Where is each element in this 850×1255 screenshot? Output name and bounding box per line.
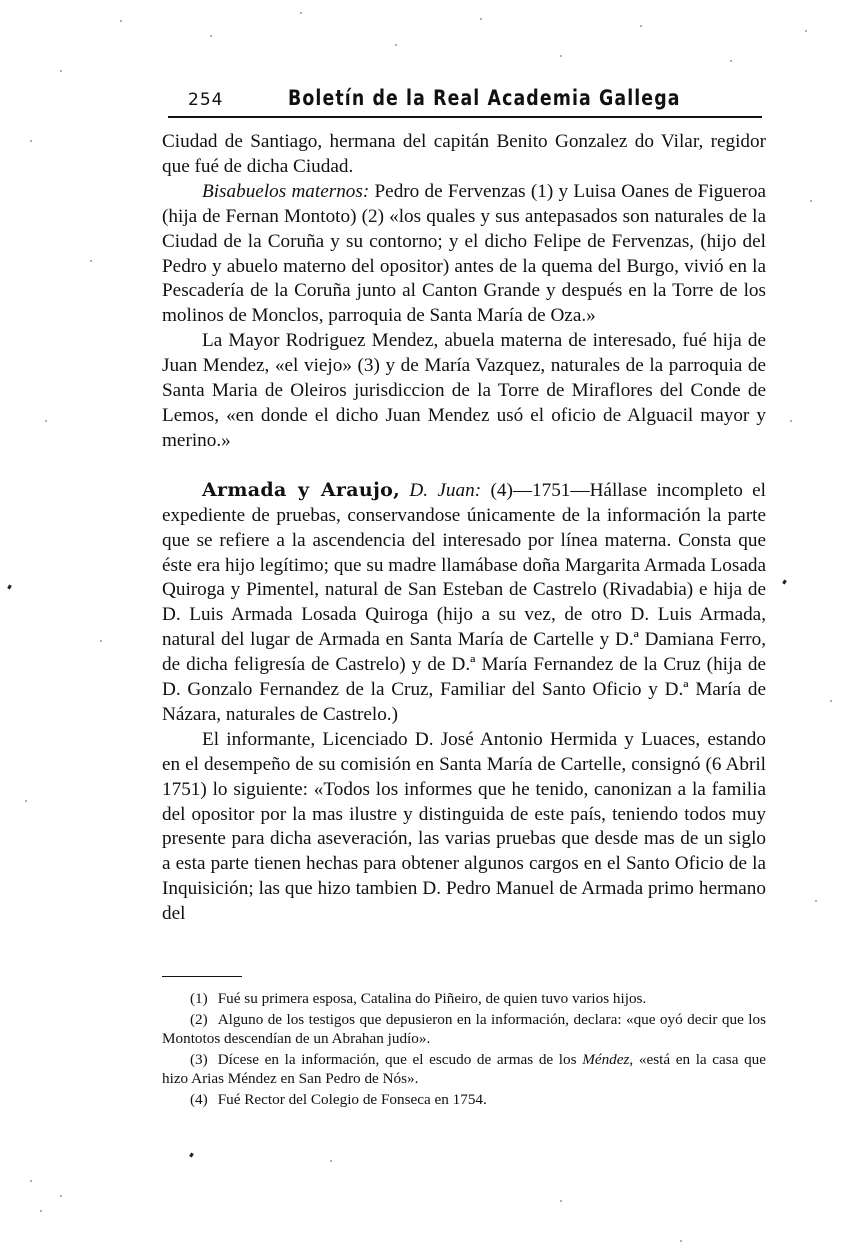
paragraph-text: El informante, Licenciado D. José Antoni… — [162, 729, 766, 924]
speckle — [25, 800, 27, 802]
paragraph: Bisabuelos maternos: Pedro de Fervenzas … — [162, 180, 766, 329]
footnote-italic: Méndez — [582, 1051, 629, 1068]
speckle — [210, 35, 212, 37]
footnote-number: (3) — [190, 1051, 208, 1068]
speckle — [60, 1195, 62, 1197]
running-header: 254 Boletín de la Real Academia Gallega — [168, 84, 762, 118]
body-text: Ciudad de Santiago, hermana del capitán … — [162, 130, 766, 927]
footnote-number: (2) — [190, 1011, 208, 1028]
footnote-text: Fué Rector del Colegio de Fonseca en 175… — [218, 1091, 487, 1108]
speckle — [60, 70, 62, 72]
footnote-number: (1) — [190, 990, 208, 1007]
paragraph: Ciudad de Santiago, hermana del capitán … — [162, 130, 766, 180]
footnotes: (1)Fué su primera esposa, Catalina do Pi… — [162, 989, 766, 1111]
speckle — [90, 260, 92, 262]
speckle — [805, 30, 807, 32]
footnote-text: Dícese en la información, que el escudo … — [218, 1051, 582, 1068]
speckle — [120, 20, 122, 22]
paragraph-text: La Mayor Rodriguez Mendez, abuela matern… — [162, 330, 766, 451]
speckle — [560, 55, 562, 57]
speckle — [680, 1240, 682, 1242]
stray-mark — [7, 585, 12, 590]
footnote: (4)Fué Rector del Colegio de Fonseca en … — [162, 1090, 766, 1110]
speckle — [810, 200, 812, 202]
speckle — [45, 420, 47, 422]
speckle — [560, 1200, 562, 1202]
footnote: (2)Alguno de los testigos que depusieron… — [162, 1010, 766, 1049]
paragraph: El informante, Licenciado D. José Antoni… — [162, 728, 766, 927]
stray-mark — [189, 1153, 194, 1158]
footnote: (1)Fué su primera esposa, Catalina do Pi… — [162, 989, 766, 1009]
entry-paragraph: Armada y Araujo, D. Juan: (4)—1751—Hálla… — [162, 478, 766, 728]
paragraph-text: Pedro de Fervenzas (1) y Luisa Oanes de … — [162, 181, 766, 327]
speckle — [790, 420, 792, 422]
running-title: Boletín de la Real Academia Gallega — [288, 86, 681, 110]
page-number: 254 — [188, 90, 223, 110]
speckle — [100, 640, 102, 642]
entry-given-name: D. Juan: — [409, 480, 481, 501]
paragraph: La Mayor Rodriguez Mendez, abuela matern… — [162, 329, 766, 454]
footnote: (3)Dícese en la información, que el escu… — [162, 1050, 766, 1089]
speckle — [30, 140, 32, 142]
speckle — [300, 12, 302, 14]
paragraph-lead-italic: Bisabuelos maternos: — [202, 181, 369, 202]
speckle — [830, 700, 832, 702]
footnote-text: Alguno de los testigos que depusieron en… — [162, 1011, 766, 1048]
speckle — [730, 60, 732, 62]
speckle — [815, 900, 817, 902]
stray-mark — [782, 580, 787, 585]
speckle — [640, 25, 642, 27]
speckle — [330, 1160, 332, 1162]
footnote-rule — [162, 976, 242, 977]
speckle — [395, 44, 397, 46]
speckle — [480, 18, 482, 20]
speckle — [40, 1210, 42, 1212]
paragraph-text: Ciudad de Santiago, hermana del capitán … — [162, 131, 766, 177]
footnote-text: Fué su primera esposa, Catalina do Piñei… — [218, 990, 647, 1007]
scanned-page: 254 Boletín de la Real Academia Gallega … — [0, 0, 850, 1255]
footnote-number: (4) — [190, 1091, 208, 1108]
entry-name: Armada y Araujo, — [202, 479, 400, 501]
speckle — [30, 1180, 32, 1182]
paragraph-text: (4)—1751—Hállase incompleto el expedient… — [162, 480, 766, 725]
